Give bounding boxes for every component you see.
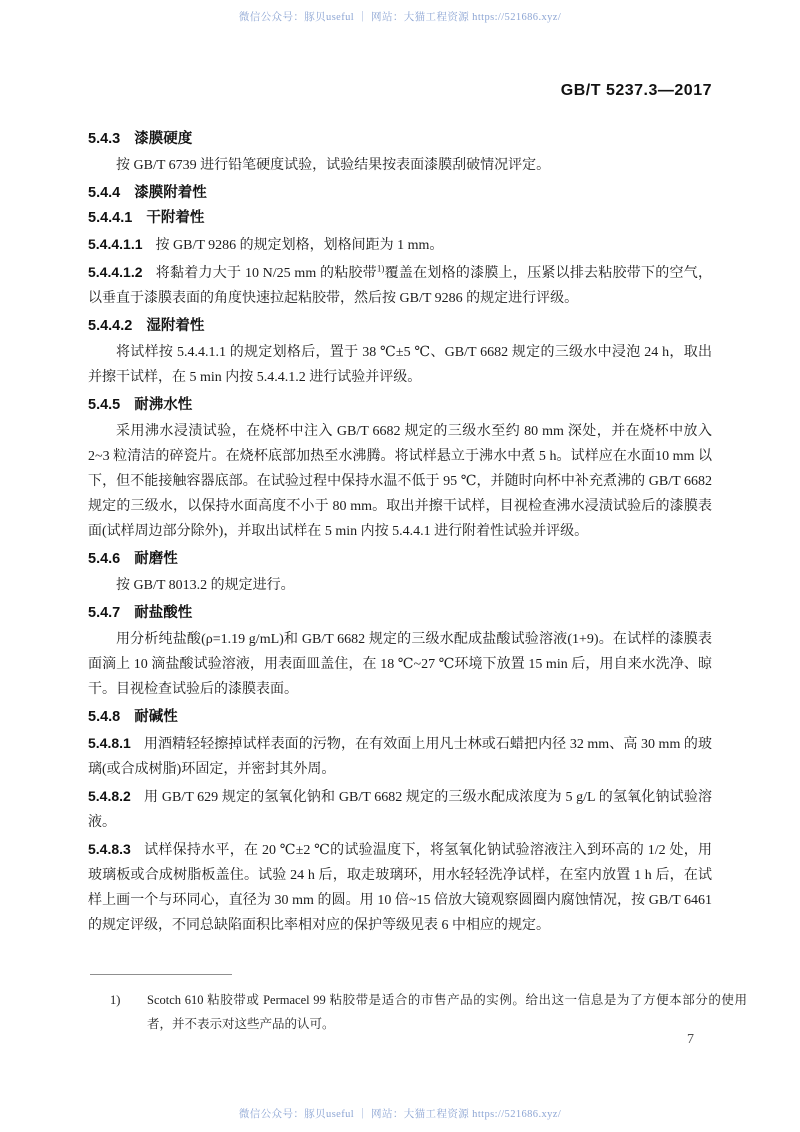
clause-text: 按 GB/T 6739 进行铅笔硬度试验，试验结果按表面漆膜刮破情况评定。 <box>116 158 550 173</box>
section-title: 耐碱性 <box>134 709 178 725</box>
paragraph: 按 GB/T 6739 进行铅笔硬度试验，试验结果按表面漆膜刮破情况评定。 <box>88 153 712 178</box>
section-heading: 5.4.5耐沸水性 <box>88 395 712 415</box>
footnote-divider <box>90 974 232 975</box>
section-heading: 5.4.3漆膜硬度 <box>88 129 712 149</box>
paragraph: 用分析纯盐酸(ρ=1.19 g/mL)和 GB/T 6682 规定的三级水配成盐… <box>88 627 712 702</box>
clause-text: 用酒精轻轻擦掉试样表面的污物，在有效面上用凡士林或石蜡把内径 32 mm、高 3… <box>88 737 712 777</box>
clause-paragraph: 5.4.8.2用 GB/T 629 规定的氢氧化钠和 GB/T 6682 规定的… <box>88 784 712 835</box>
paragraph: 按 GB/T 8013.2 的规定进行。 <box>88 573 712 598</box>
section-heading: 5.4.4漆膜附着性 <box>88 183 712 203</box>
section-number: 5.4.4 <box>88 185 120 201</box>
page-number: 7 <box>687 1032 694 1048</box>
footnote-text: Scotch 610 粘胶带或 Permacel 99 粘胶带是适合的市售产品的… <box>147 993 747 1031</box>
section-heading: 5.4.4.1干附着性 <box>88 208 712 228</box>
section-title: 耐磨性 <box>134 551 178 567</box>
section-title: 漆膜附着性 <box>134 185 207 201</box>
clause-number: 5.4.8.2 <box>88 788 131 804</box>
paragraph: 将试样按 5.4.4.1.1 的规定划格后，置于 38 ℃±5 ℃、GB/T 6… <box>88 340 712 390</box>
section-number: 5.4.7 <box>88 605 120 621</box>
clause-text: 按 GB/T 9286 的规定划格，划格间距为 1 mm。 <box>156 238 444 253</box>
section-heading: 5.4.8耐碱性 <box>88 707 712 727</box>
section-title: 干附着性 <box>146 210 204 226</box>
section-title: 耐沸水性 <box>134 397 192 413</box>
clause-text: 将黏着力大于 10 N/25 mm 的粘胶带 <box>156 266 377 281</box>
section-heading: 5.4.6耐磨性 <box>88 549 712 569</box>
clause-text: 用 GB/T 629 规定的氢氧化钠和 GB/T 6682 规定的三级水配成浓度… <box>88 790 712 830</box>
document-page: 微信公众号：豚贝useful ｜ 网站：大猫工程资源 https://52168… <box>0 0 800 1132</box>
footnote-marker: 1) <box>110 988 147 1012</box>
document-body: 5.4.3漆膜硬度按 GB/T 6739 进行铅笔硬度试验，试验结果按表面漆膜刮… <box>88 124 712 940</box>
clause-text: 采用沸水浸渍试验，在烧杯中注入 GB/T 6682 规定的三级水至约 80 mm… <box>88 424 712 539</box>
clause-paragraph: 5.4.4.1.2将黏着力大于 10 N/25 mm 的粘胶带1)覆盖在划格的漆… <box>88 260 712 311</box>
paragraph: 采用沸水浸渍试验，在烧杯中注入 GB/T 6682 规定的三级水至约 80 mm… <box>88 419 712 544</box>
section-number: 5.4.4.2 <box>88 318 132 334</box>
clause-number: 5.4.4.1.2 <box>88 264 143 280</box>
clause-text: 按 GB/T 8013.2 的规定进行。 <box>116 578 295 593</box>
clause-paragraph: 5.4.8.1用酒精轻轻擦掉试样表面的污物，在有效面上用凡士林或石蜡把内径 32… <box>88 731 712 782</box>
clause-text: 试样保持水平，在 20 ℃±2 ℃的试验温度下，将氢氧化钠试验溶液注入到环高的 … <box>88 843 712 933</box>
watermark-bottom: 微信公众号：豚贝useful ｜ 网站：大猫工程资源 https://52168… <box>0 1106 800 1121</box>
standard-code-header: GB/T 5237.3—2017 <box>561 82 712 100</box>
clause-paragraph: 5.4.4.1.1按 GB/T 9286 的规定划格，划格间距为 1 mm。 <box>88 232 712 258</box>
clause-number: 5.4.8.3 <box>88 841 131 857</box>
clause-text: 用分析纯盐酸(ρ=1.19 g/mL)和 GB/T 6682 规定的三级水配成盐… <box>88 632 712 697</box>
section-title: 漆膜硬度 <box>134 131 192 147</box>
section-title: 耐盐酸性 <box>134 605 192 621</box>
section-number: 5.4.4.1 <box>88 210 132 226</box>
clause-text: 将试样按 5.4.4.1.1 的规定划格后，置于 38 ℃±5 ℃、GB/T 6… <box>88 345 712 385</box>
footnote: 1)Scotch 610 粘胶带或 Permacel 99 粘胶带是适合的市售产… <box>110 988 747 1036</box>
section-heading: 5.4.7耐盐酸性 <box>88 603 712 623</box>
section-number: 5.4.3 <box>88 131 120 147</box>
section-heading: 5.4.4.2湿附着性 <box>88 316 712 336</box>
section-title: 湿附着性 <box>146 318 204 334</box>
section-number: 5.4.6 <box>88 551 120 567</box>
watermark-top: 微信公众号：豚贝useful ｜ 网站：大猫工程资源 https://52168… <box>0 9 800 24</box>
clause-number: 5.4.4.1.1 <box>88 236 143 252</box>
section-number: 5.4.8 <box>88 709 120 725</box>
clause-number: 5.4.8.1 <box>88 735 131 751</box>
clause-paragraph: 5.4.8.3试样保持水平，在 20 ℃±2 ℃的试验温度下，将氢氧化钠试验溶液… <box>88 837 712 938</box>
section-number: 5.4.5 <box>88 397 120 413</box>
